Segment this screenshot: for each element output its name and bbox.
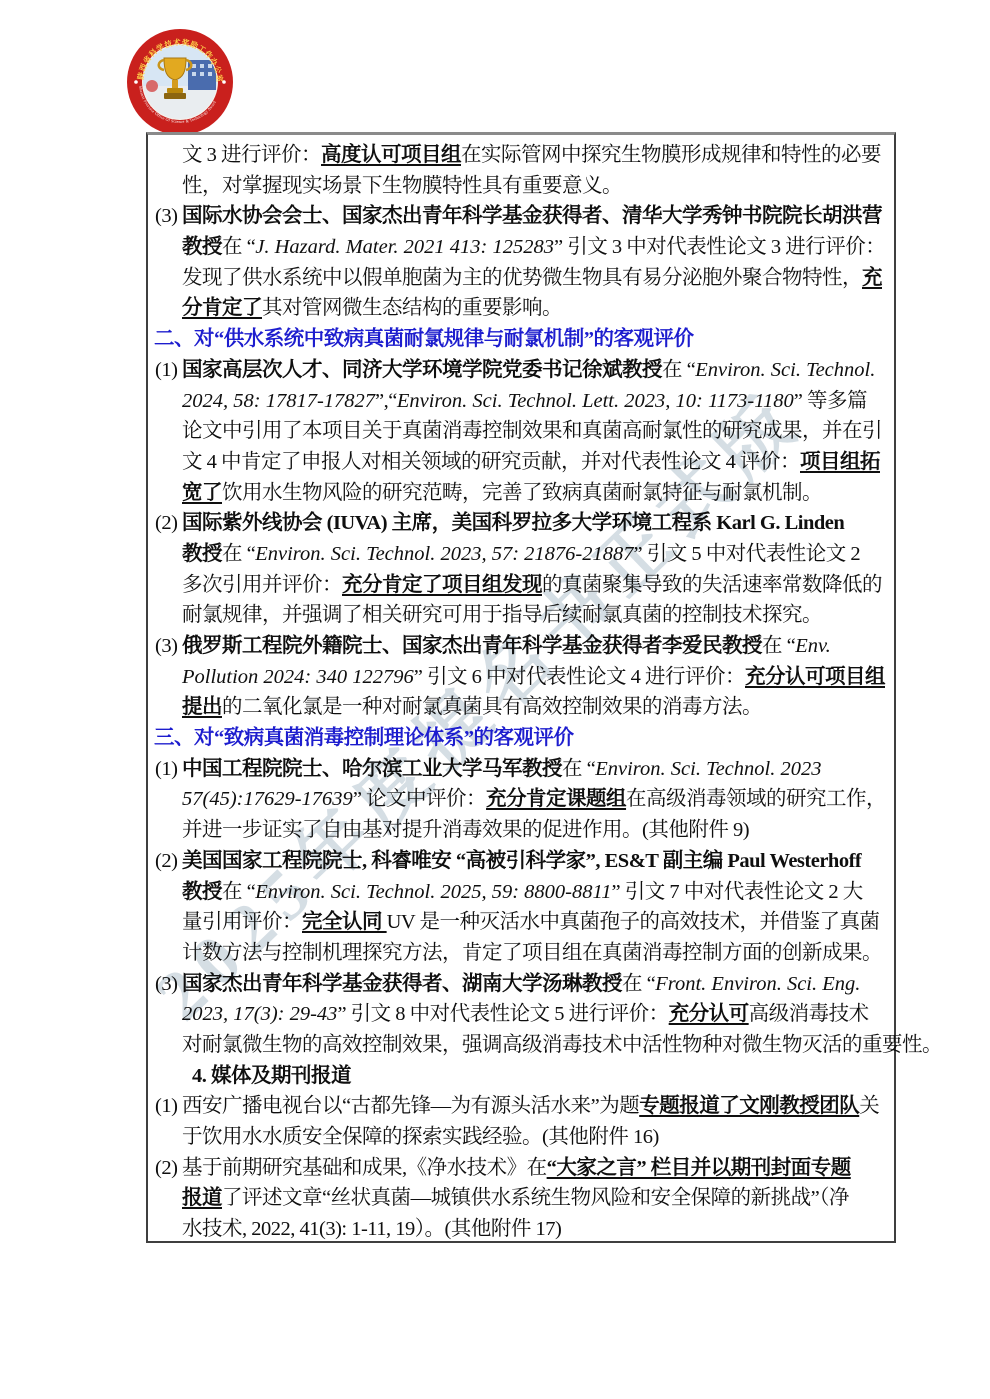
text-segment: Env. <box>795 635 830 657</box>
text-segment: 性，对掌握现实场景下生物膜特性具有重要意义。 <box>182 175 622 197</box>
text-segment: 西安广播电视台以“古都先锋—为有源头活水来”为题 <box>182 1095 639 1117</box>
award-office-seal: 陕西省科学技术奖励工作办公室 Shaanxi Province Office O… <box>126 28 234 136</box>
text-segment: 多次引用并评价： <box>182 574 342 596</box>
text-segment: 发现了供水系统中以假单胞菌为主的优势微生物具有易分泌胞外聚合物特性， <box>182 267 862 289</box>
text-line: 2023, 17(3): 29-43” 引文 8 中对代表性论文 5 进行评价：… <box>148 999 894 1030</box>
text-segment: 充分认可项目组 <box>745 666 885 688</box>
item-number: (3) <box>155 201 177 232</box>
text-segment: 2023, 17(3): 29-43 <box>182 1003 337 1025</box>
text-segment: Environ. Sci. Technol. 2025, 59: 8800-88… <box>255 881 611 903</box>
text-segment: 教授 <box>182 881 222 903</box>
text-segment: 2024, 58: 17817-17827 <box>182 390 375 412</box>
text-line: 论文中引用了本项目关于真菌消毒控制效果和真菌高耐氯性的研究成果，并在引 <box>148 416 894 447</box>
text-segment: 在 “ <box>662 359 695 381</box>
item-number: (3) <box>155 969 177 1000</box>
text-segment: 了评述文章“丝状真菌—城镇供水系统生物风险和安全保障的新挑战”（净 <box>222 1187 849 1209</box>
seal-graphic: 陕西省科学技术奖励工作办公室 Shaanxi Province Office O… <box>126 28 234 136</box>
text-segment: 基于前期研究基础和成果,《净水技术》在 <box>182 1157 547 1179</box>
text-segment: 耐氯规律，并强调了相关研究可用于指导后续耐氯真菌的控制技术探究。 <box>182 604 822 626</box>
text-line: 提出的二氧化氯是一种对耐氯真菌具有高效控制效果的消毒方法。 <box>148 692 894 723</box>
text-line: 57(45):17629-17639” 论文中评价：充分肯定课题组在高级消毒领域… <box>148 784 894 815</box>
text-line: 于饮用水水质安全保障的探索实践经验。(其他附件 16) <box>148 1122 894 1153</box>
text-segment: 水技术, 2022, 41(3): 1-11, 19）。(其他附件 17) <box>182 1218 561 1240</box>
text-segment: 文 3 进行评价： <box>182 144 321 166</box>
item-number: (2) <box>155 1153 177 1184</box>
text-segment: 在 “ <box>762 635 795 657</box>
text-segment: 中国工程院院士、哈尔滨工业大学马军教授 <box>182 758 562 780</box>
text-segment: Environ. Sci. Technol. <box>695 359 875 381</box>
text-segment: 量引用评价： <box>182 911 302 933</box>
text-segment: 二、对“供水系统中致病真菌耐氯规律与耐氯机制”的客观评价 <box>154 328 694 350</box>
text-line: 性，对掌握现实场景下生物膜特性具有重要意义。 <box>148 171 894 202</box>
text-line: 文 4 中肯定了申报人对相关领域的研究贡献，并对代表性论文 4 评价：项目组拓 <box>148 447 894 478</box>
text-segment: 其对管网微生态结构的重要影响。 <box>262 297 562 319</box>
text-segment: 提出 <box>182 696 222 718</box>
text-segment: 高级消毒技术 <box>749 1003 869 1025</box>
text-segment: 在 “ <box>222 543 255 565</box>
text-segment: 在 “ <box>222 881 255 903</box>
text-line: 教授在 “Environ. Sci. Technol. 2023, 57: 21… <box>148 539 894 570</box>
text-segment: 于饮用水水质安全保障的探索实践经验。(其他附件 16) <box>182 1126 659 1148</box>
text-line: 宽了饮用水生物风险的研究范畴，完善了致病真菌耐氯特征与耐氯机制。 <box>148 478 894 509</box>
text-segment: 对耐氯微生物的高效控制效果，强调高级消毒技术中活性物种对微生物灭活的重要性。 <box>182 1034 942 1056</box>
text-segment: 充分肯定课题组 <box>486 788 626 810</box>
text-line: 发现了供水系统中以假单胞菌为主的优势微生物具有易分泌胞外聚合物特性，充 <box>148 263 894 294</box>
text-segment: 论文中引用了本项目关于真菌消毒控制效果和真菌高耐氯性的研究成果，并在引 <box>182 420 882 442</box>
text-segment: Environ. Sci. Technol. 2023, 57: 21876-2… <box>255 543 633 565</box>
text-segment: 充分肯定了项目组发现 <box>342 574 542 596</box>
text-segment: ”,“ <box>375 390 397 412</box>
text-segment: 俄罗斯工程院外籍院士、国家杰出青年科学基金获得者李爱民教授 <box>182 635 762 657</box>
text-segment: 并进一步证实了自由基对提升消毒效果的促进作用。(其他附件 9) <box>182 819 749 841</box>
text-segment: 4. 媒体及期刊报道 <box>192 1065 351 1087</box>
text-segment: ” 引文 7 中对代表性论文 2 大 <box>611 881 862 903</box>
text-line: 教授在 “J. Hazard. Mater. 2021 413: 125283”… <box>148 232 894 263</box>
text-line: 水技术, 2022, 41(3): 1-11, 19）。(其他附件 17) <box>148 1214 894 1245</box>
text-segment: J. Hazard. Mater. 2021 413: 125283 <box>255 236 554 258</box>
text-segment: 的二氧化氯是一种对耐氯真菌具有高效控制效果的消毒方法。 <box>222 696 762 718</box>
text-line: 2024, 58: 17817-17827”,“Environ. Sci. Te… <box>148 386 894 417</box>
item-number: (1) <box>155 355 177 386</box>
text-line: 多次引用并评价：充分肯定了项目组发现的真菌聚集导致的失活速率常数降低的 <box>148 570 894 601</box>
text-line: 量引用评价：完全认同 UV 是一种灭活水中真菌孢子的高效技术，并借鉴了真菌 <box>148 907 894 938</box>
text-line: (2)基于前期研究基础和成果,《净水技术》在“大家之言” 栏目并以期刊封面专题 <box>148 1153 894 1184</box>
text-line: (3)国家杰出青年科学基金获得者、湖南大学汤琳教授在 “Front. Envir… <box>148 969 894 1000</box>
text-segment: 完全认同 <box>302 911 387 933</box>
text-segment: ” 引文 5 中对代表性论文 2 <box>634 543 861 565</box>
text-segment: 在 “ <box>562 758 595 780</box>
text-line: (3)俄罗斯工程院外籍院士、国家杰出青年科学基金获得者李爱民教授在 “Env. <box>148 631 894 662</box>
text-segment: ” 引文 3 中对代表性论文 3 进行评价： <box>554 236 885 258</box>
text-line: (1)中国工程院院士、哈尔滨工业大学马军教授在 “Environ. Sci. T… <box>148 754 894 785</box>
text-segment: Front. Environ. Sci. Eng. <box>655 973 860 995</box>
text-line: 计数方法与控制机理探究方法，肯定了项目组在真菌消毒控制方面的创新成果。 <box>148 938 894 969</box>
text-line: 文 3 进行评价：高度认可项目组在实际管网中探究生物膜形成规律和特性的必要 <box>148 140 894 171</box>
text-segment: 教授 <box>182 543 222 565</box>
text-segment: 分肯定了 <box>182 297 262 319</box>
text-segment: 的真菌聚集导致的失活速率常数降低的 <box>542 574 882 596</box>
document-lines: 文 3 进行评价：高度认可项目组在实际管网中探究生物膜形成规律和特性的必要性，对… <box>148 135 894 1245</box>
text-segment: 专题报道了文刚教授团队 <box>639 1095 859 1117</box>
text-segment: 关 <box>859 1095 879 1117</box>
text-segment: ” 引文 6 中对代表性论文 4 进行评价： <box>414 666 745 688</box>
text-segment: UV 是一种灭活水中真菌孢子的高效技术，并借鉴了真菌 <box>387 911 880 933</box>
text-segment: 教授 <box>182 236 222 258</box>
item-number: (2) <box>155 846 177 877</box>
text-segment: ” 引文 8 中对代表性论文 5 进行评价： <box>337 1003 668 1025</box>
text-line: Pollution 2024: 340 122796” 引文 6 中对代表性论文… <box>148 662 894 693</box>
text-segment: 国际水协会会士、国家杰出青年科学基金获得者、清华大学秀钟书院院长胡洪营 <box>182 205 882 227</box>
text-segment: 在高级消毒领域的研究工作， <box>626 788 886 810</box>
text-segment: 宽了 <box>182 482 222 504</box>
text-line: (3)国际水协会会士、国家杰出青年科学基金获得者、清华大学秀钟书院院长胡洪营 <box>148 201 894 232</box>
text-line: (1)西安广播电视台以“古都先锋—为有源头活水来”为题专题报道了文刚教授团队关 <box>148 1091 894 1122</box>
text-segment: ” 等多篇 <box>794 390 867 412</box>
text-line: 分肯定了其对管网微生态结构的重要影响。 <box>148 293 894 324</box>
text-segment: 高度认可项目组 <box>321 144 461 166</box>
text-segment: 充 <box>862 267 882 289</box>
text-segment: Pollution 2024: 340 122796 <box>182 666 414 688</box>
text-segment: 美国国家工程院院士, 科睿唯安 “高被引科学家”, ES&T 副主编 Paul … <box>182 850 861 872</box>
text-line: 报道了评述文章“丝状真菌—城镇供水系统生物风险和安全保障的新挑战”（净 <box>148 1183 894 1214</box>
text-segment: ” 论文中评价： <box>353 788 486 810</box>
text-segment: 三、对“致病真菌消毒控制理论体系”的客观评价 <box>154 727 574 749</box>
page: { "colors": { "heading_blue": "#1d1dce",… <box>0 0 990 1399</box>
text-segment: 文 4 中肯定了申报人对相关领域的研究贡献，并对代表性论文 4 评价： <box>182 451 800 473</box>
text-line: 耐氯规律，并强调了相关研究可用于指导后续耐氯真菌的控制技术探究。 <box>148 600 894 631</box>
text-segment: Environ. Sci. Technol. 2023 <box>595 758 821 780</box>
text-line: (2)国际紫外线协会 (IUVA) 主席，美国科罗拉多大学环境工程系 Karl … <box>148 508 894 539</box>
item-number: (3) <box>155 631 177 662</box>
text-segment: 在 “ <box>222 236 255 258</box>
text-segment: 国家杰出青年科学基金获得者、湖南大学汤琳教授 <box>182 973 622 995</box>
item-number: (2) <box>155 508 177 539</box>
text-segment: “大家之言” 栏目并以期刊封面专题 <box>547 1157 851 1179</box>
text-line: 对耐氯微生物的高效控制效果，强调高级消毒技术中活性物种对微生物灭活的重要性。 <box>148 1030 894 1061</box>
text-line: (2)美国国家工程院院士, 科睿唯安 “高被引科学家”, ES&T 副主编 Pa… <box>148 846 894 877</box>
section-heading: 三、对“致病真菌消毒控制理论体系”的客观评价 <box>148 723 894 754</box>
text-line: 4. 媒体及期刊报道 <box>148 1061 894 1092</box>
text-line: 教授在 “Environ. Sci. Technol. 2025, 59: 88… <box>148 877 894 908</box>
text-line: 并进一步证实了自由基对提升消毒效果的促进作用。(其他附件 9) <box>148 815 894 846</box>
text-line: (1)国家高层次人才、同济大学环境学院党委书记徐斌教授在 “Environ. S… <box>148 355 894 386</box>
evaluation-table: 文 3 进行评价：高度认可项目组在实际管网中探究生物膜形成规律和特性的必要性，对… <box>146 132 896 1243</box>
text-segment: 充分认可 <box>669 1003 749 1025</box>
text-segment: 57(45):17629-17639 <box>182 788 353 810</box>
text-segment: 国家高层次人才、同济大学环境学院党委书记徐斌教授 <box>182 359 662 381</box>
item-number: (1) <box>155 754 177 785</box>
item-number: (1) <box>155 1091 177 1122</box>
text-segment: 国际紫外线协会 (IUVA) 主席，美国科罗拉多大学环境工程系 Karl G. … <box>182 512 844 534</box>
text-segment: 报道 <box>182 1187 222 1209</box>
text-segment: Environ. Sci. Technol. Lett. 2023, 10: 1… <box>397 390 794 412</box>
text-segment: 饮用水生物风险的研究范畴，完善了致病真菌耐氯特征与耐氯机制。 <box>222 482 822 504</box>
text-segment: 在 “ <box>622 973 655 995</box>
section-heading: 二、对“供水系统中致病真菌耐氯规律与耐氯机制”的客观评价 <box>148 324 894 355</box>
text-segment: 在实际管网中探究生物膜形成规律和特性的必要 <box>461 144 881 166</box>
text-segment: 项目组拓 <box>800 451 880 473</box>
text-segment: 计数方法与控制机理探究方法，肯定了项目组在真菌消毒控制方面的创新成果。 <box>182 942 882 964</box>
